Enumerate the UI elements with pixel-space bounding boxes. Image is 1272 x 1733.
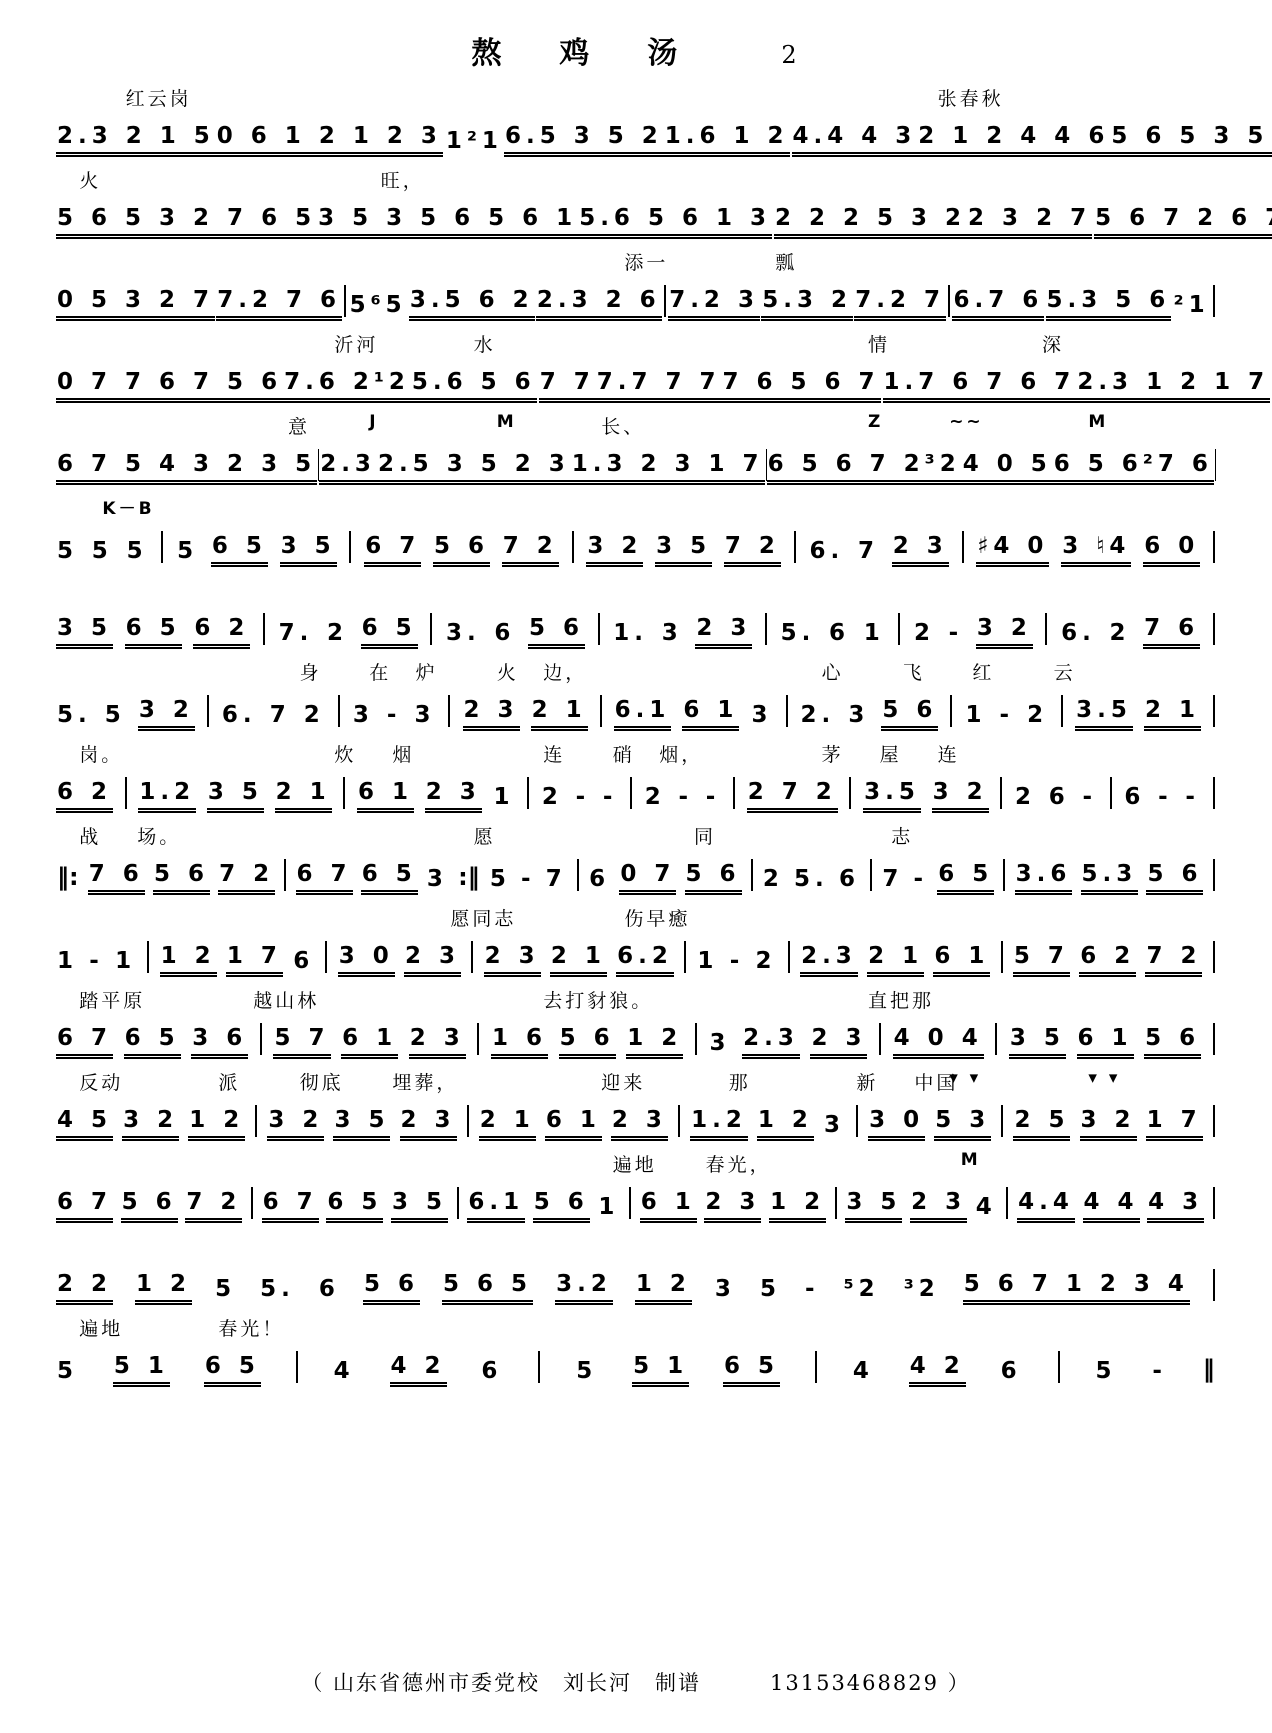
score-line: 遍地春光！55 16 544 2655 16 544 265-‖ [56, 1312, 1216, 1387]
note-group: 2 [541, 785, 564, 813]
note-group: 2.3 1 2 1 7 [1076, 370, 1270, 403]
note-group: 3 [413, 703, 436, 731]
notation-mark: M [497, 412, 517, 432]
note-group: 5 7 [273, 1026, 330, 1059]
note-group: 3.5 6 2 [409, 288, 535, 321]
note-group: 4 2 [390, 1354, 447, 1387]
note-group: 6 7 [262, 1190, 319, 1223]
notes-row: 2.3 2 1 50 6 1 2 1 2 31²16.5 3 5 21.6 1 … [56, 111, 1216, 157]
note-group: 1.7 6 7 6 7 [883, 370, 1077, 403]
note-group: 3.2 [555, 1272, 613, 1305]
note-group: 7 7 [539, 370, 596, 403]
lyric-row [56, 1230, 1216, 1259]
note-group: 7 [881, 867, 904, 895]
lyric-row: 红云岗张春秋 [56, 82, 1216, 111]
notes-row: 6 75 67 26 76 53 56.15 616 12 31 23 52 3… [56, 1177, 1216, 1223]
lyric-text: 炊 [334, 740, 356, 767]
barline-icon [1061, 695, 1063, 727]
barline-icon [263, 613, 265, 645]
note-group: 4 [852, 1359, 875, 1387]
note-group: 5 [214, 1277, 237, 1305]
note-group: 7.2 3 [668, 288, 760, 321]
note-group: 5 6 5 3 2 7 6 5 [56, 206, 317, 239]
note-group: 2 [913, 621, 936, 649]
barline-icon [879, 1023, 881, 1055]
note-group: 3 5 [1009, 1026, 1066, 1059]
note-group: 0 7 7 6 7 5 6 [56, 370, 283, 403]
note-group: 2 3 [910, 1190, 967, 1223]
note-group: 1. [612, 621, 649, 649]
note-group: 7 6 [1143, 616, 1200, 649]
note-group: 6 [828, 621, 851, 649]
note-group: 2 1 [479, 1108, 536, 1141]
note-group: 4 3 [1147, 1190, 1204, 1223]
notes-row: 6 76 53 65 76 12 31 65 61 232.32 34 0 43… [56, 1013, 1216, 1059]
lyric-text: 去打豺狼。 [543, 986, 653, 1013]
note-group: 6.1 [614, 698, 672, 731]
note-group: 2.5 3 5 2 3 [377, 452, 571, 485]
lyric-text: 愿 [474, 822, 496, 849]
note-group: 6 [480, 1359, 503, 1387]
barline-icon [733, 777, 735, 809]
lyric-text: 战 [79, 822, 101, 849]
notes-row: 0 7 7 6 7 5 67.6 2¹25.6 5 67 77.7 7 77 6… [56, 357, 1216, 403]
note-group: 6 0 [1143, 534, 1200, 567]
note-group: 0 6 1 2 1 2 3 [216, 124, 443, 157]
notes-row: 0 5 3 2 77.2 7 65⁶53.5 6 22.3 2 67.2 35.… [56, 275, 1216, 321]
lyric-text: 踏平原 [79, 986, 145, 1013]
note-group: 1 2 [626, 1026, 683, 1059]
note-group: 7.6 2¹2 [283, 370, 411, 403]
note-group: 1 [56, 949, 79, 977]
note-group: 6 5 [124, 1026, 181, 1059]
lyric-text: 连 [938, 740, 960, 767]
note-group: 2.3 2 1 5 [56, 124, 216, 157]
barline-icon [598, 613, 600, 645]
note-group: 3.5 [1075, 698, 1133, 731]
note-group: 5 6 [881, 698, 938, 731]
note-group: 2 3 [611, 1108, 668, 1141]
note-group: 3.5 [863, 780, 921, 813]
score-line: 红云岗张春秋2.3 2 1 50 6 1 2 1 2 31²16.5 3 5 2… [56, 82, 1216, 157]
note-group: 5 6 [433, 534, 490, 567]
note-group: 5 7 [1013, 944, 1070, 977]
barline-icon [1000, 777, 1002, 809]
barline-icon [695, 1023, 697, 1055]
barline-icon [856, 1105, 858, 1137]
notes-row: 6 21.23 52 16 12 312--2--2 7 23.53 226-6… [56, 767, 1216, 813]
notation-mark: ~~ [949, 412, 984, 432]
note-group: 5 [91, 539, 114, 567]
lyric-text: 新 [856, 1068, 878, 1095]
note-group: 2 [762, 867, 785, 895]
lyric-text: 边， [543, 658, 587, 685]
note-group: 3 5 [207, 780, 264, 813]
score-line: 反动派彻底埋葬，迎来那新中国▾ ▾▾ ▾4 53 21 23 23 52 32 … [56, 1066, 1216, 1141]
note-group: 7. [278, 621, 315, 649]
note-group: 2.3 [742, 1026, 800, 1059]
note-group: - [1151, 1359, 1168, 1387]
lyric-text: 水 [474, 330, 496, 357]
note-group: 3 2 [1080, 1108, 1137, 1141]
lyric-text: 派 [218, 1068, 240, 1095]
note-group: 3 5 [280, 534, 337, 567]
note-group: 3 5 [391, 1190, 448, 1223]
note-group: 6 5 [204, 1354, 261, 1387]
note-group: - [678, 785, 695, 813]
note-group: 2 1 [1144, 698, 1201, 731]
note-group: 1.2 [690, 1108, 748, 1141]
note-group: 2 3 [704, 1190, 761, 1223]
lyric-row: 岗。炊烟连硝烟，茅屋连 [56, 738, 1216, 767]
note-group: 3 6 [191, 1026, 248, 1059]
note-group: 1 7 [226, 944, 283, 977]
repeat-barline-icon: ‖: [56, 864, 80, 893]
note-group: 6 1 [357, 780, 414, 813]
barline-icon [343, 777, 345, 809]
note-group: 1 2 [757, 1108, 814, 1141]
barline-icon [147, 941, 149, 973]
note-group: 5. [259, 1277, 296, 1305]
title-row: 熬鸡汤2 [56, 28, 1216, 72]
note-group: 2 3 2 7 [967, 206, 1092, 239]
note-group: 2 1 [550, 944, 607, 977]
note-group: - [1184, 785, 1201, 813]
barline-icon [1058, 1351, 1060, 1383]
note-group: 3 2 [138, 698, 195, 731]
lyric-text: 愿同志 [450, 904, 516, 931]
score-line: 添一瓢0 5 3 2 77.2 7 65⁶53.5 6 22.3 2 67.2 … [56, 246, 1216, 321]
barline-icon [255, 1105, 257, 1137]
notation-mark: M [1088, 412, 1108, 432]
note-group: 6 [493, 621, 516, 649]
note-group: - [729, 949, 746, 977]
note-group: 5.3 2 [761, 288, 853, 321]
barline-icon [457, 1187, 459, 1219]
barline-icon [284, 859, 286, 891]
barline-icon [1213, 1187, 1215, 1219]
note-group: 7 [545, 867, 568, 895]
barline-icon [1213, 859, 1215, 891]
note-group: 3 [661, 621, 684, 649]
barline-icon [898, 613, 900, 645]
notes-row: 6 7 5 4 3 2 3 52.32.5 3 5 2 31.3 2 3 1 7… [56, 439, 1216, 485]
notes-row: 2 21 255.65 65 6 53.21 235-⁵2³25 6 7 1 2… [56, 1259, 1216, 1305]
barline-icon [849, 777, 851, 809]
barline-icon [1001, 1105, 1003, 1137]
note-group: 7.2 7 [854, 288, 946, 321]
lyric-row: 遍地春光，M [56, 1148, 1216, 1177]
lyric-text: 硝 [613, 740, 635, 767]
note-group: 5. [56, 703, 93, 731]
barline-icon [1213, 941, 1215, 973]
note-group: 6 1 [545, 1108, 602, 1141]
repeat-barline-icon: ‖ [1202, 1356, 1216, 1385]
note-group: 5.6 5 6 1 3 [578, 206, 772, 239]
note-group: 2 3 [463, 698, 520, 731]
barline-icon [296, 1351, 298, 1383]
lyric-text: 飞 [903, 658, 925, 685]
note-group: 1.6 1 2 [664, 124, 790, 157]
repeat-barline-icon: :‖ [457, 864, 481, 893]
note-group: - [705, 785, 722, 813]
note-group: 6. [221, 703, 258, 731]
note-group: 4 2 [909, 1354, 966, 1387]
notes-row: 55556 53 56 75 67 23 23 57 26.72 3♯4 03 … [56, 521, 1216, 567]
note-group: 3 2 [932, 780, 989, 813]
note-group: 3 5 [845, 1190, 902, 1223]
lyric-row: 反动派彻底埋葬，迎来那新中国▾ ▾▾ ▾ [56, 1066, 1216, 1095]
lyric-text: 场。 [137, 822, 181, 849]
note-group: 6 [1123, 785, 1146, 813]
barline-icon [477, 1023, 479, 1055]
barline-icon [538, 1351, 540, 1383]
note-group: 2 3 [404, 944, 461, 977]
barline-icon [995, 1023, 997, 1055]
note-group: 2 5 [1013, 1108, 1070, 1141]
barline-icon [207, 695, 209, 727]
note-group: 7 2 [724, 534, 781, 567]
note-group: 6 1 [640, 1190, 697, 1223]
lyric-text: 心 [822, 658, 844, 685]
barline-icon [1003, 859, 1005, 891]
note-group: 7 2 [185, 1190, 242, 1223]
note-group: 3 5 [333, 1108, 390, 1141]
note-group: 5 1 [632, 1354, 689, 1387]
note-group: 1 2 [769, 1190, 826, 1223]
barline-icon [349, 531, 351, 563]
note-group: 7 [269, 703, 292, 731]
lyric-text: 连 [543, 740, 565, 767]
note-group: 6 5 [361, 862, 418, 895]
note-group: 2 3 [695, 616, 752, 649]
note-group: 2 3 [892, 534, 949, 567]
lyric-text: 云 [1054, 658, 1076, 685]
note-group: - [804, 1277, 821, 1305]
notes-row: 5 6 5 3 2 7 6 53 5 3 5 6 5 6 15.6 5 6 1 … [56, 193, 1216, 239]
note-group: 2 [1109, 621, 1132, 649]
note-group: 5 6 [1144, 1026, 1201, 1059]
page-number: 2 [781, 41, 800, 69]
note-group: 2 3 [425, 780, 482, 813]
note-group: 3. [445, 621, 482, 649]
barline-icon [448, 695, 450, 727]
barline-icon [1213, 1269, 1215, 1301]
note-group: 6. [1060, 621, 1097, 649]
lyric-text: 情 [868, 330, 890, 357]
score-line: 火旺，5 6 5 3 2 7 6 53 5 3 5 6 5 6 15.6 5 6… [56, 164, 1216, 239]
lyric-text: 彻底 [300, 1068, 344, 1095]
note-group: 3.6 [1015, 862, 1073, 895]
lyric-row: 意JM长、Z~~M [56, 410, 1216, 439]
barline-icon [344, 285, 346, 317]
lyric-row: 沂河水情深 [56, 328, 1216, 357]
note-group: 5 3 [934, 1108, 991, 1141]
note-group: 4 [975, 1195, 998, 1223]
lyric-text: 张春秋 [938, 84, 1004, 111]
note-group: 2.3 2 6 [536, 288, 662, 321]
note-group: 5 6 [559, 1026, 616, 1059]
lyric-text: 瓢 [775, 248, 797, 275]
note-group: 2 3 [409, 1026, 466, 1059]
note-group: 6 [588, 867, 611, 895]
note-group: ♯4 0 [976, 534, 1049, 567]
note-group: 6 2 [56, 780, 113, 813]
note-group: 5⁶5 [349, 293, 408, 321]
lyric-text: 在 [369, 658, 391, 685]
lyric-row: 战场。愿同志 [56, 820, 1216, 849]
lyric-row: 遍地春光！ [56, 1312, 1216, 1341]
lyric-text: 沂河 [334, 330, 378, 357]
barline-icon [870, 859, 872, 891]
note-group: 3 5 [655, 534, 712, 567]
note-group: 2 [1026, 703, 1049, 731]
score-line: 3 56 56 27.26 53.65 61.32 35.612-3 26.27… [56, 574, 1216, 649]
note-group: 5 [56, 1359, 79, 1387]
note-group: 2 2 2 5 3 2 [774, 206, 967, 239]
note-group: 3 2 [122, 1108, 179, 1141]
barline-icon [678, 1105, 680, 1137]
note-group: 3 [714, 1277, 737, 1305]
note-group: 6 2 [1079, 944, 1136, 977]
barline-icon [684, 941, 686, 973]
note-group: 6 5 [125, 616, 182, 649]
note-group: 5 6 [363, 1272, 420, 1305]
barline-icon [572, 531, 574, 563]
lyric-text: 迎来 [601, 1068, 645, 1095]
note-group: 6 5 [326, 1190, 383, 1223]
note-group: 1 6 [491, 1026, 548, 1059]
note-group: 6 [1048, 785, 1071, 813]
note-group: 5. [780, 621, 817, 649]
note-group: 5.6 5 6 [411, 370, 537, 403]
lyric-text: 春光！ [218, 1314, 284, 1341]
notation-mark: K－B [102, 494, 154, 519]
note-group: 3 2 [976, 616, 1033, 649]
lyric-text: 屋 [880, 740, 902, 767]
notation-mark: Z [868, 412, 883, 432]
lyric-text: 烟 [392, 740, 414, 767]
barline-icon [161, 531, 163, 563]
barline-icon [815, 1351, 817, 1383]
notes-row: ‖:7 65 67 26 76 53:‖5-760 75 625.67-6 53… [56, 849, 1216, 895]
note-group: 6 1 [933, 944, 990, 977]
score-line: 意JM长、Z~~M6 7 5 4 3 2 3 52.32.5 3 5 2 31.… [56, 410, 1216, 485]
note-group: 2 [1014, 785, 1037, 813]
score-line: 遍地春光，M6 75 67 26 76 53 56.15 616 12 31 2… [56, 1148, 1216, 1223]
barline-icon [251, 1187, 253, 1219]
score: 红云岗张春秋2.3 2 1 50 6 1 2 1 2 31²16.5 3 5 2… [56, 82, 1216, 1387]
lyric-text: 那 [729, 1068, 751, 1095]
note-group: - [948, 621, 965, 649]
note-group: 6 5 6 7 2³2 [767, 452, 962, 485]
lyric-row: 愿同志伤早癒 [56, 902, 1216, 931]
note-group: ²1 [1173, 293, 1211, 321]
note-group: 1 7 [1146, 1108, 1203, 1141]
notes-row: 4 53 21 23 23 52 32 16 12 31.21 233 05 3… [56, 1095, 1216, 1141]
barline-icon [950, 695, 952, 727]
barline-icon [527, 777, 529, 809]
note-group: 1 2 [188, 1108, 245, 1141]
note-group: 7 [857, 539, 880, 567]
note-group: 2.3 [319, 452, 377, 485]
lyric-text: 埋葬， [392, 1068, 458, 1095]
lyric-text: 伤早癒 [624, 904, 690, 931]
notation-mark: ▾ ▾ [949, 1068, 981, 1088]
note-group: 3 [426, 867, 449, 895]
note-group: 6 5 6²7 6 [1053, 452, 1214, 485]
note-group: 2 [644, 785, 667, 813]
note-group: 5 [759, 1277, 782, 1305]
note-group: 6 5 [723, 1354, 780, 1387]
note-group: 6 [292, 949, 315, 977]
note-group: 5 6 [685, 862, 742, 895]
barline-icon [467, 1105, 469, 1137]
barline-icon [1213, 531, 1215, 563]
note-group: 2 3 [810, 1026, 867, 1059]
note-group: 2 1 [867, 944, 924, 977]
note-group: - [575, 785, 592, 813]
barline-icon [1045, 613, 1047, 645]
barline-icon [325, 941, 327, 973]
lyric-text: 春光， [706, 1150, 772, 1177]
barline-icon [835, 1187, 837, 1219]
note-group: 3 5 [56, 616, 113, 649]
note-group: 6.2 [616, 944, 674, 977]
note-group: 5 [56, 539, 79, 567]
note-group: 1 [696, 949, 719, 977]
note-group: 2 3 [484, 944, 541, 977]
note-group: 1 [492, 785, 515, 813]
barline-icon [260, 1023, 262, 1055]
score-line: 身在炉火边，心飞红云5.53 26.723-32 32 16.16 132.35… [56, 656, 1216, 731]
note-group: 7 2 [218, 862, 275, 895]
barline-icon [1110, 777, 1112, 809]
note-group: 5. [793, 867, 830, 895]
score-line: 岗。炊烟连硝烟，茅屋连6 21.23 52 16 12 312--2--2 7 … [56, 738, 1216, 813]
note-group: 3 [352, 703, 375, 731]
note-group: 5 6 [528, 616, 585, 649]
note-group: 1 [964, 703, 987, 731]
lyric-row: K－B [56, 492, 1216, 521]
barline-icon [786, 695, 788, 727]
score-line: 2 21 255.65 65 6 53.21 235-⁵2³25 6 7 1 2… [56, 1230, 1216, 1305]
note-group: 3 [750, 703, 773, 731]
note-group: 3 0 [338, 944, 395, 977]
note-group: 5 [489, 867, 512, 895]
notes-row: 1-11 21 763 02 32 32 16.21-22.32 16 15 7… [56, 931, 1216, 977]
note-group: 6.7 6 [952, 288, 1044, 321]
note-group: 6 7 [56, 1026, 113, 1059]
notation-mark: ▾ ▾ [1088, 1068, 1120, 1088]
note-group: 2 2 [56, 1272, 113, 1305]
note-group: - [1081, 785, 1098, 813]
note-group: 1 2 [635, 1272, 692, 1305]
lyric-text: 深 [1042, 330, 1064, 357]
barline-icon [664, 285, 666, 317]
note-group: 2 3 [400, 1108, 457, 1141]
note-group: 6 5 [211, 534, 268, 567]
barline-icon [1213, 695, 1215, 727]
sheet-music-page: 熬鸡汤2 红云岗张春秋2.3 2 1 50 6 1 2 1 2 31²16.5 … [0, 0, 1272, 1733]
note-group: 6 1 [341, 1026, 398, 1059]
note-group: 1 [597, 1195, 620, 1223]
note-group: - [520, 867, 537, 895]
note-group: 7 2 [502, 534, 559, 567]
lyric-text: 反动 [79, 1068, 123, 1095]
note-group: 7 2 [1145, 944, 1202, 977]
lyric-text: 同 [694, 822, 716, 849]
